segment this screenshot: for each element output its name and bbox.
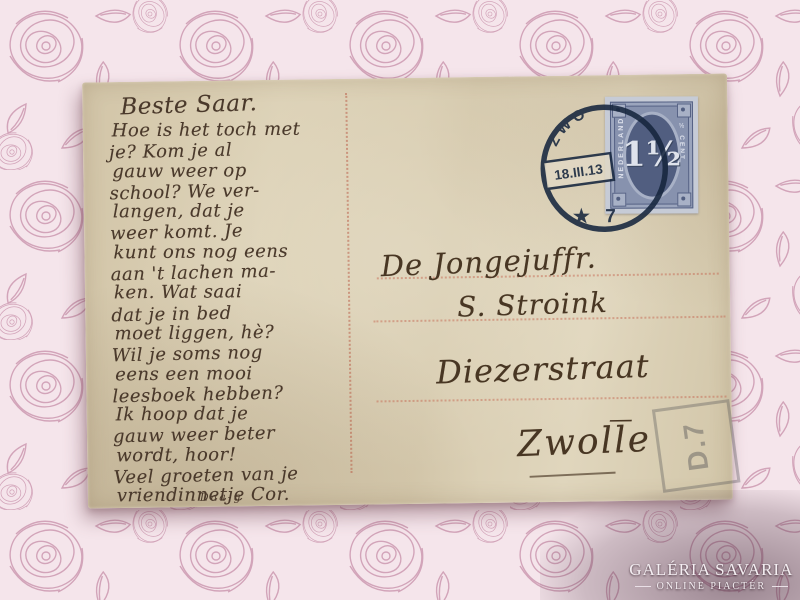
marketplace-product-photo: Beste Saar. Hoe is het toch met je? Kom … (0, 0, 800, 600)
watermark-subtitle: ONLINE PIACTÉR (629, 581, 794, 592)
postcard-message: Beste Saar. Hoe is het toch met je? Kom … (108, 88, 404, 508)
postmark-city: ZWO (544, 104, 592, 149)
postmark-date-box: 18.III.13 (543, 153, 614, 189)
message-line: vriendinnetje Cor. (117, 484, 407, 507)
address-city: Zwolle (516, 419, 651, 465)
watermark-title: GALÉRIA SAVARIA (629, 560, 794, 580)
city-underline-flourish (530, 472, 616, 478)
address-street: Diezerstraat (436, 347, 651, 392)
postal-marking-box: D.7 (652, 399, 741, 493)
address-name: S. Stroink (457, 286, 609, 324)
watermark: GALÉRIA SAVARIA ONLINE PIACTÉR (629, 560, 794, 592)
watermark-subtitle-text: ONLINE PIACTÉR (657, 581, 766, 592)
stamp-corner-ornament (677, 192, 691, 206)
postmark-bottom-number: ★ 7 (573, 206, 621, 228)
postcard: Beste Saar. Hoe is het toch met je? Kom … (82, 74, 733, 509)
postmark: ZWO 18.III.13 ★ 7 (533, 97, 675, 239)
stamp-corner-ornament (677, 103, 691, 117)
svg-text:ZWO: ZWO (544, 104, 592, 149)
message-signoff: Daa-g (200, 490, 243, 504)
message-salutation: Beste Saar. (120, 86, 399, 121)
postal-marking-code: D.7 (677, 419, 715, 472)
address-ruled-line (377, 396, 727, 403)
